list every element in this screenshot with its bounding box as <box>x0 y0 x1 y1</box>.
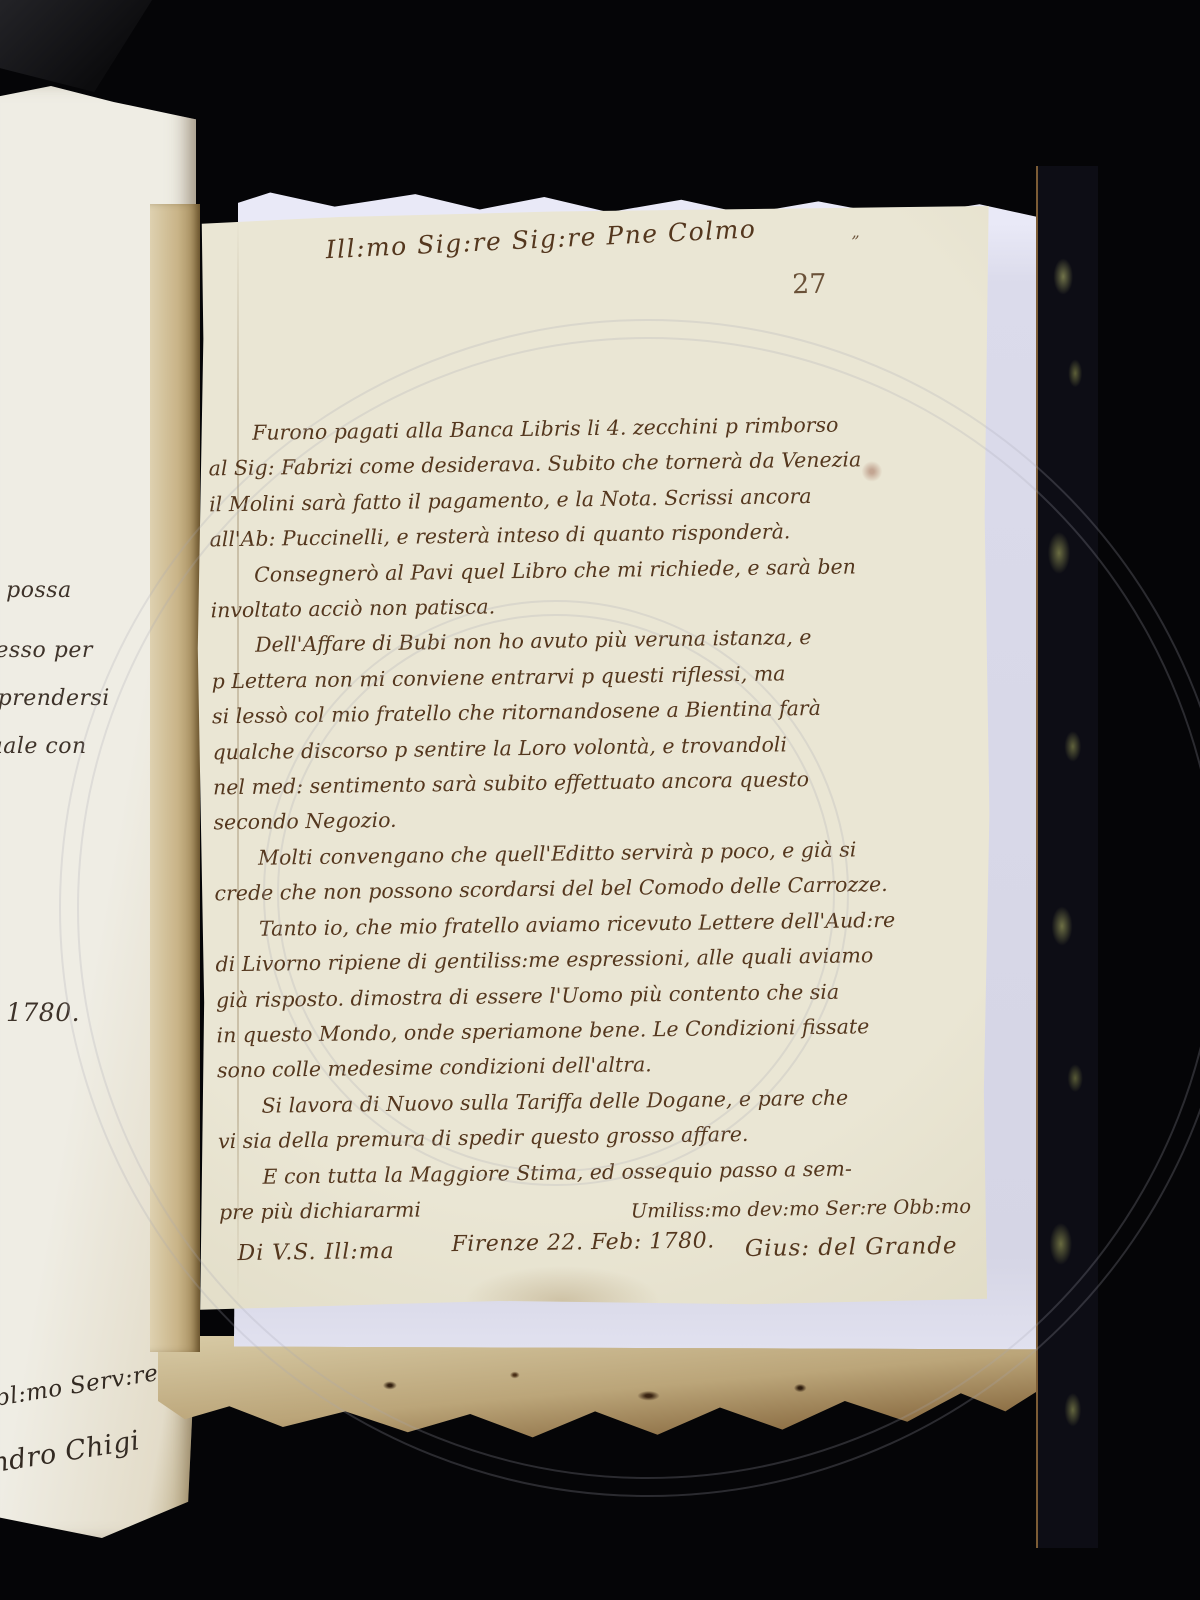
closing-address: Di V.S. Ill:ma <box>237 1239 394 1266</box>
letter-body: Furono pagati alla Banca Libris li 4. ze… <box>208 405 1001 1230</box>
left-page-signature-fragment: obl:mo Serv:re <box>0 1360 160 1414</box>
page-edges-sliver <box>150 204 200 1352</box>
under-pages-edge <box>158 1336 1050 1466</box>
left-page-fragment: rofesso per <box>0 638 93 663</box>
book-photo: ali possa rofesso per di prendersi quale… <box>0 0 1200 1600</box>
margin-mark: „ <box>851 222 860 241</box>
letter-page: Ill:mo Sig:re Sig:re Pne Colmo 27 „ Furo… <box>197 206 991 1312</box>
left-page-signature-fragment: andro Chigi <box>0 1425 142 1482</box>
salutation: Ill:mo Sig:re Sig:re Pne Colmo <box>325 214 757 264</box>
left-page-fragment: quale con <box>0 734 87 759</box>
letter-text: Ill:mo Sig:re Sig:re Pne Colmo 27 „ Furo… <box>197 200 1006 1317</box>
left-page-fragment: ali possa <box>0 578 72 603</box>
left-page-fragment: di prendersi <box>0 686 110 711</box>
dateline: Firenze 22. Feb: 1780. <box>451 1228 714 1257</box>
book-corner-shadow <box>0 0 152 92</box>
valediction: Umiliss:mo dev:mo Ser:re Obb:mo <box>631 1195 972 1223</box>
page-number: 27 <box>792 269 827 300</box>
marbled-cover-edge <box>1036 166 1098 1548</box>
signature: Gius: del Grande <box>745 1233 958 1262</box>
left-page-year: 1780. <box>6 998 80 1027</box>
